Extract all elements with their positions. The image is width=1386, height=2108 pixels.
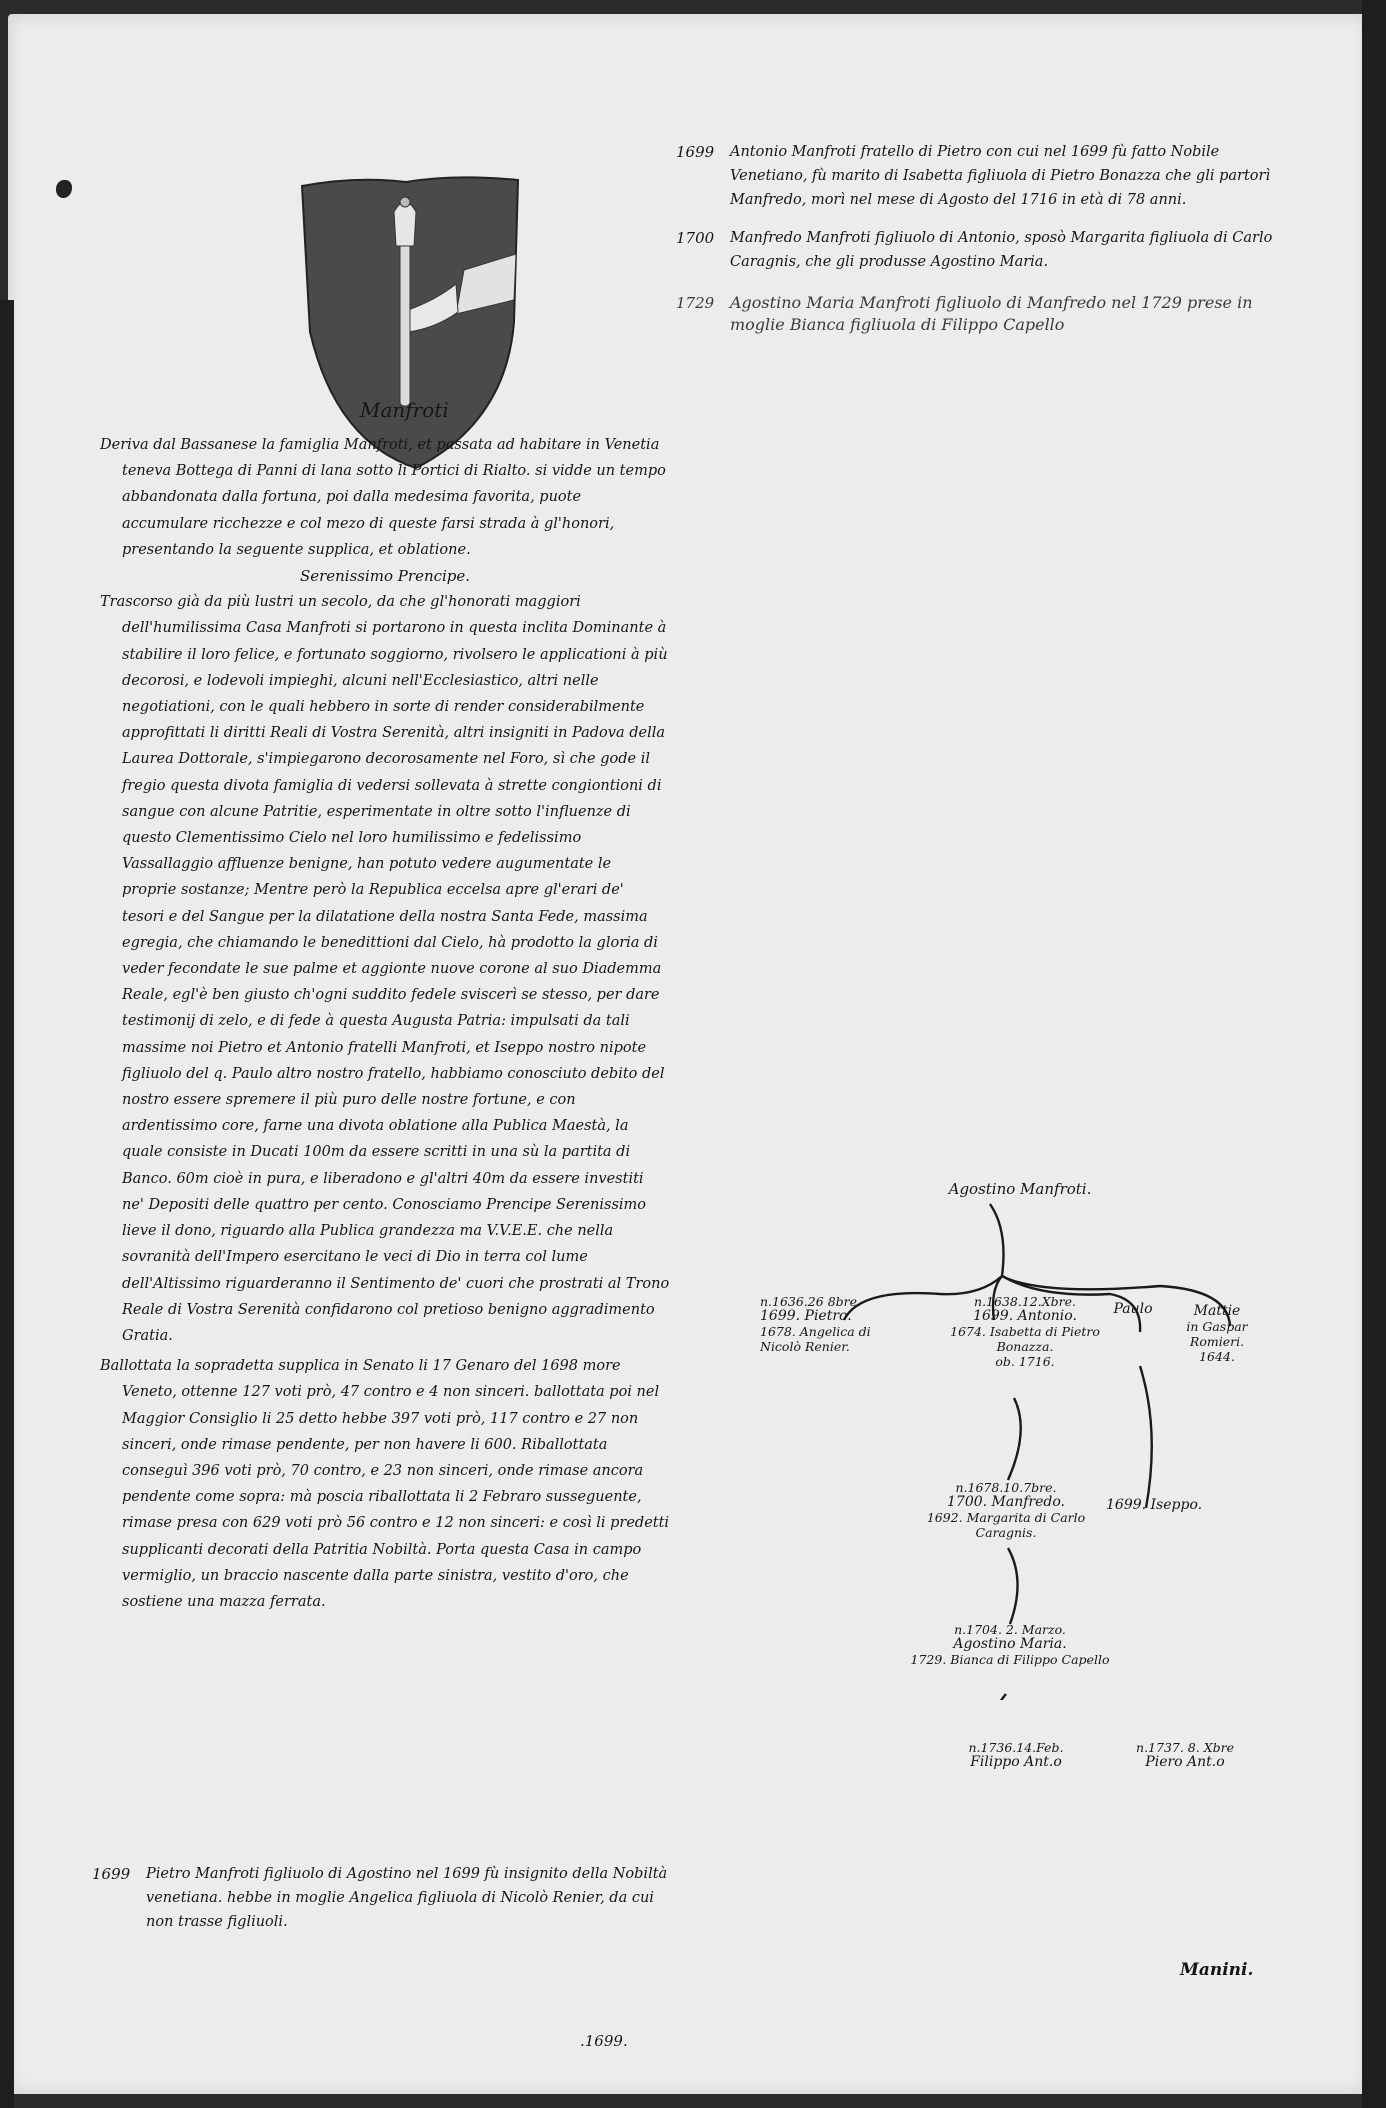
- entry-pietro: 1699 Pietro Manfroti figliuolo di Agosti…: [92, 1862, 682, 1934]
- entry-year: 1700: [676, 226, 724, 274]
- entry-year: 1699: [92, 1862, 140, 1934]
- entry-text: Manfredo Manfroti figliuolo di Antonio, …: [730, 226, 1276, 274]
- tree-root: Agostino Manfroti.: [920, 1182, 1120, 1197]
- tree-node-agostino-maria: n.1704. 2. Marzo. Agostino Maria. 1729. …: [910, 1622, 1110, 1667]
- petition-heading: Serenissimo Prencipe.: [100, 563, 670, 589]
- entry-year: 1699: [676, 140, 724, 212]
- tree-node-paulo: Paulo: [1098, 1302, 1168, 1317]
- entry-text: Antonio Manfroti fratello di Pietro con …: [730, 140, 1276, 212]
- petition-text: Trascorso già da più lustri un secolo, d…: [100, 589, 670, 1349]
- scan-border-right: [1362, 0, 1386, 2108]
- left-column: Deriva dal Bassanese la famiglia Manfrot…: [100, 420, 670, 1615]
- entry-agostino-maria: 1729 Agostino Maria Manfroti figliuolo d…: [676, 292, 1276, 336]
- entry-text: Agostino Maria Manfroti figliuolo di Man…: [730, 292, 1276, 336]
- tree-node-manfredo: n.1678.10.7bre. 1700. Manfredo. 1692. Ma…: [926, 1480, 1086, 1540]
- family-tree: Agostino Manfroti. n.1636.26 8bre. 1699.…: [740, 1180, 1300, 1700]
- signature: Manini.: [1180, 1960, 1253, 1980]
- tree-node-iseppo: 1699. Iseppo.: [1106, 1498, 1226, 1513]
- entry-text: Pietro Manfroti figliuolo di Agostino ne…: [146, 1862, 682, 1934]
- right-entries: 1699 Antonio Manfroti fratello di Pietro…: [676, 140, 1276, 350]
- tree-node-filippo-antonio: n.1736.14.Feb. Filippo Ant.o: [956, 1740, 1076, 1770]
- entry-manfredo: 1700 Manfredo Manfroti figliuolo di Anto…: [676, 226, 1276, 274]
- family-title: Manfroti: [360, 398, 449, 422]
- ink-blot: [56, 180, 72, 198]
- tree-node-antonio: n.1638.12.Xbre. 1699. Antonio. 1674. Isa…: [950, 1294, 1100, 1369]
- tree-node-pietro: n.1636.26 8bre. 1699. Pietro. 1678. Ange…: [760, 1294, 910, 1354]
- intro-paragraph: Deriva dal Bassanese la famiglia Manfrot…: [100, 432, 670, 563]
- tree-node-piero-antonio: n.1737. 8. Xbre Piero Ant.o: [1120, 1740, 1250, 1770]
- ballot-text: Ballottata la sopradetta supplica in Sen…: [100, 1353, 670, 1615]
- entry-antonio: 1699 Antonio Manfroti fratello di Pietro…: [676, 140, 1276, 212]
- tree-node-mattie: Mattie in Gaspar Romieri. 1644.: [1172, 1304, 1262, 1364]
- scan-border-left: [0, 300, 14, 2108]
- entry-year: 1729: [676, 292, 724, 336]
- page-year: .1699.: [580, 2032, 628, 2050]
